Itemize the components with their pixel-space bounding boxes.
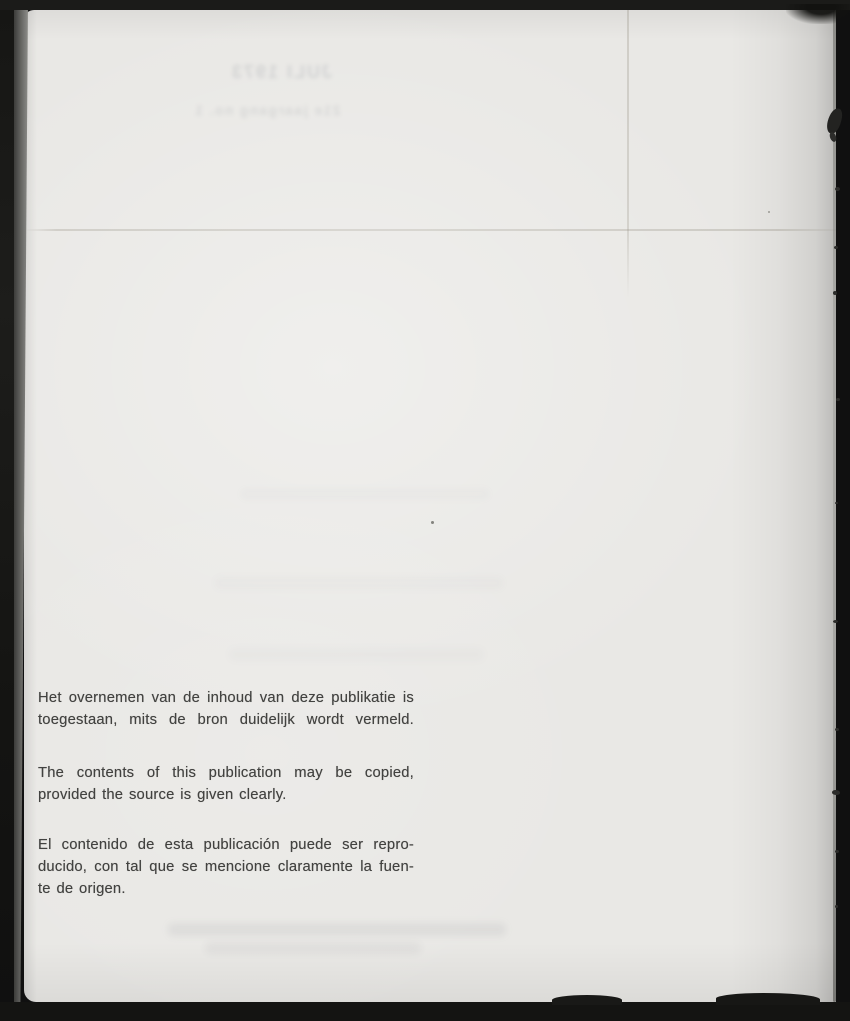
- binding-speck: [835, 502, 838, 504]
- binding-speck: [833, 620, 838, 623]
- notice-line: te de origen.: [38, 878, 414, 900]
- horizontal-fold-crease: [24, 229, 836, 231]
- page-edge-line: [833, 10, 836, 1002]
- bleedthrough-smudge: [240, 488, 490, 500]
- copy-permission-notice-dutch: Het overnemen van de inhoud van deze pub…: [38, 687, 414, 731]
- copy-permission-notice-english: The contents of this publication may be …: [38, 762, 414, 806]
- notice-line: El contenido de esta publicación puede s…: [38, 834, 414, 856]
- binding-speck: [835, 905, 838, 908]
- binding-speck: [832, 790, 840, 795]
- bleedthrough-issue-month: JULI 1973: [202, 62, 360, 83]
- binding-speck: [834, 246, 838, 249]
- notice-line: ducido, con tal que se mencione claramen…: [38, 856, 414, 878]
- scanner-background-bottom: [0, 1002, 850, 1021]
- shadow-bump: [716, 993, 820, 1005]
- book-scan: JULI 1973 21e jaargang no. 1 Het overnem…: [0, 0, 850, 1021]
- notice-line: toegestaan, mits de bron duidelijk wordt…: [38, 709, 414, 731]
- binding-speck: [835, 850, 839, 853]
- shadow-bump: [552, 995, 622, 1005]
- copy-permission-notice-spanish: El contenido de esta publicación puede s…: [38, 834, 414, 901]
- notice-line: The contents of this publication may be …: [38, 762, 414, 784]
- bleedthrough-smudge: [229, 648, 484, 661]
- binding-speck: [836, 398, 840, 401]
- bleedthrough-smudge: [214, 576, 504, 590]
- dust-speck: [431, 521, 434, 524]
- page-stack-fore-edge: [836, 0, 850, 1021]
- page: JULI 1973 21e jaargang no. 1 Het overnem…: [24, 10, 836, 1002]
- dust-speck: [768, 211, 770, 213]
- vertical-fold-crease: [627, 10, 629, 298]
- bleedthrough-footer-smudge: [205, 942, 421, 954]
- notice-line: provided the source is given clearly.: [38, 784, 414, 806]
- binding-speck: [835, 728, 839, 731]
- book-cover-left-edge: [0, 0, 14, 1021]
- binding-speck: [835, 187, 840, 191]
- bleedthrough-footer-smudge: [168, 923, 506, 936]
- binding-speck: [833, 291, 837, 295]
- bleedthrough-volume-line: 21e jaargang no. 1: [148, 103, 386, 118]
- notice-line: Het overnemen van de inhoud van deze pub…: [38, 687, 414, 709]
- corner-shadow-blob: [786, 4, 850, 24]
- scanner-background-top: [0, 0, 850, 10]
